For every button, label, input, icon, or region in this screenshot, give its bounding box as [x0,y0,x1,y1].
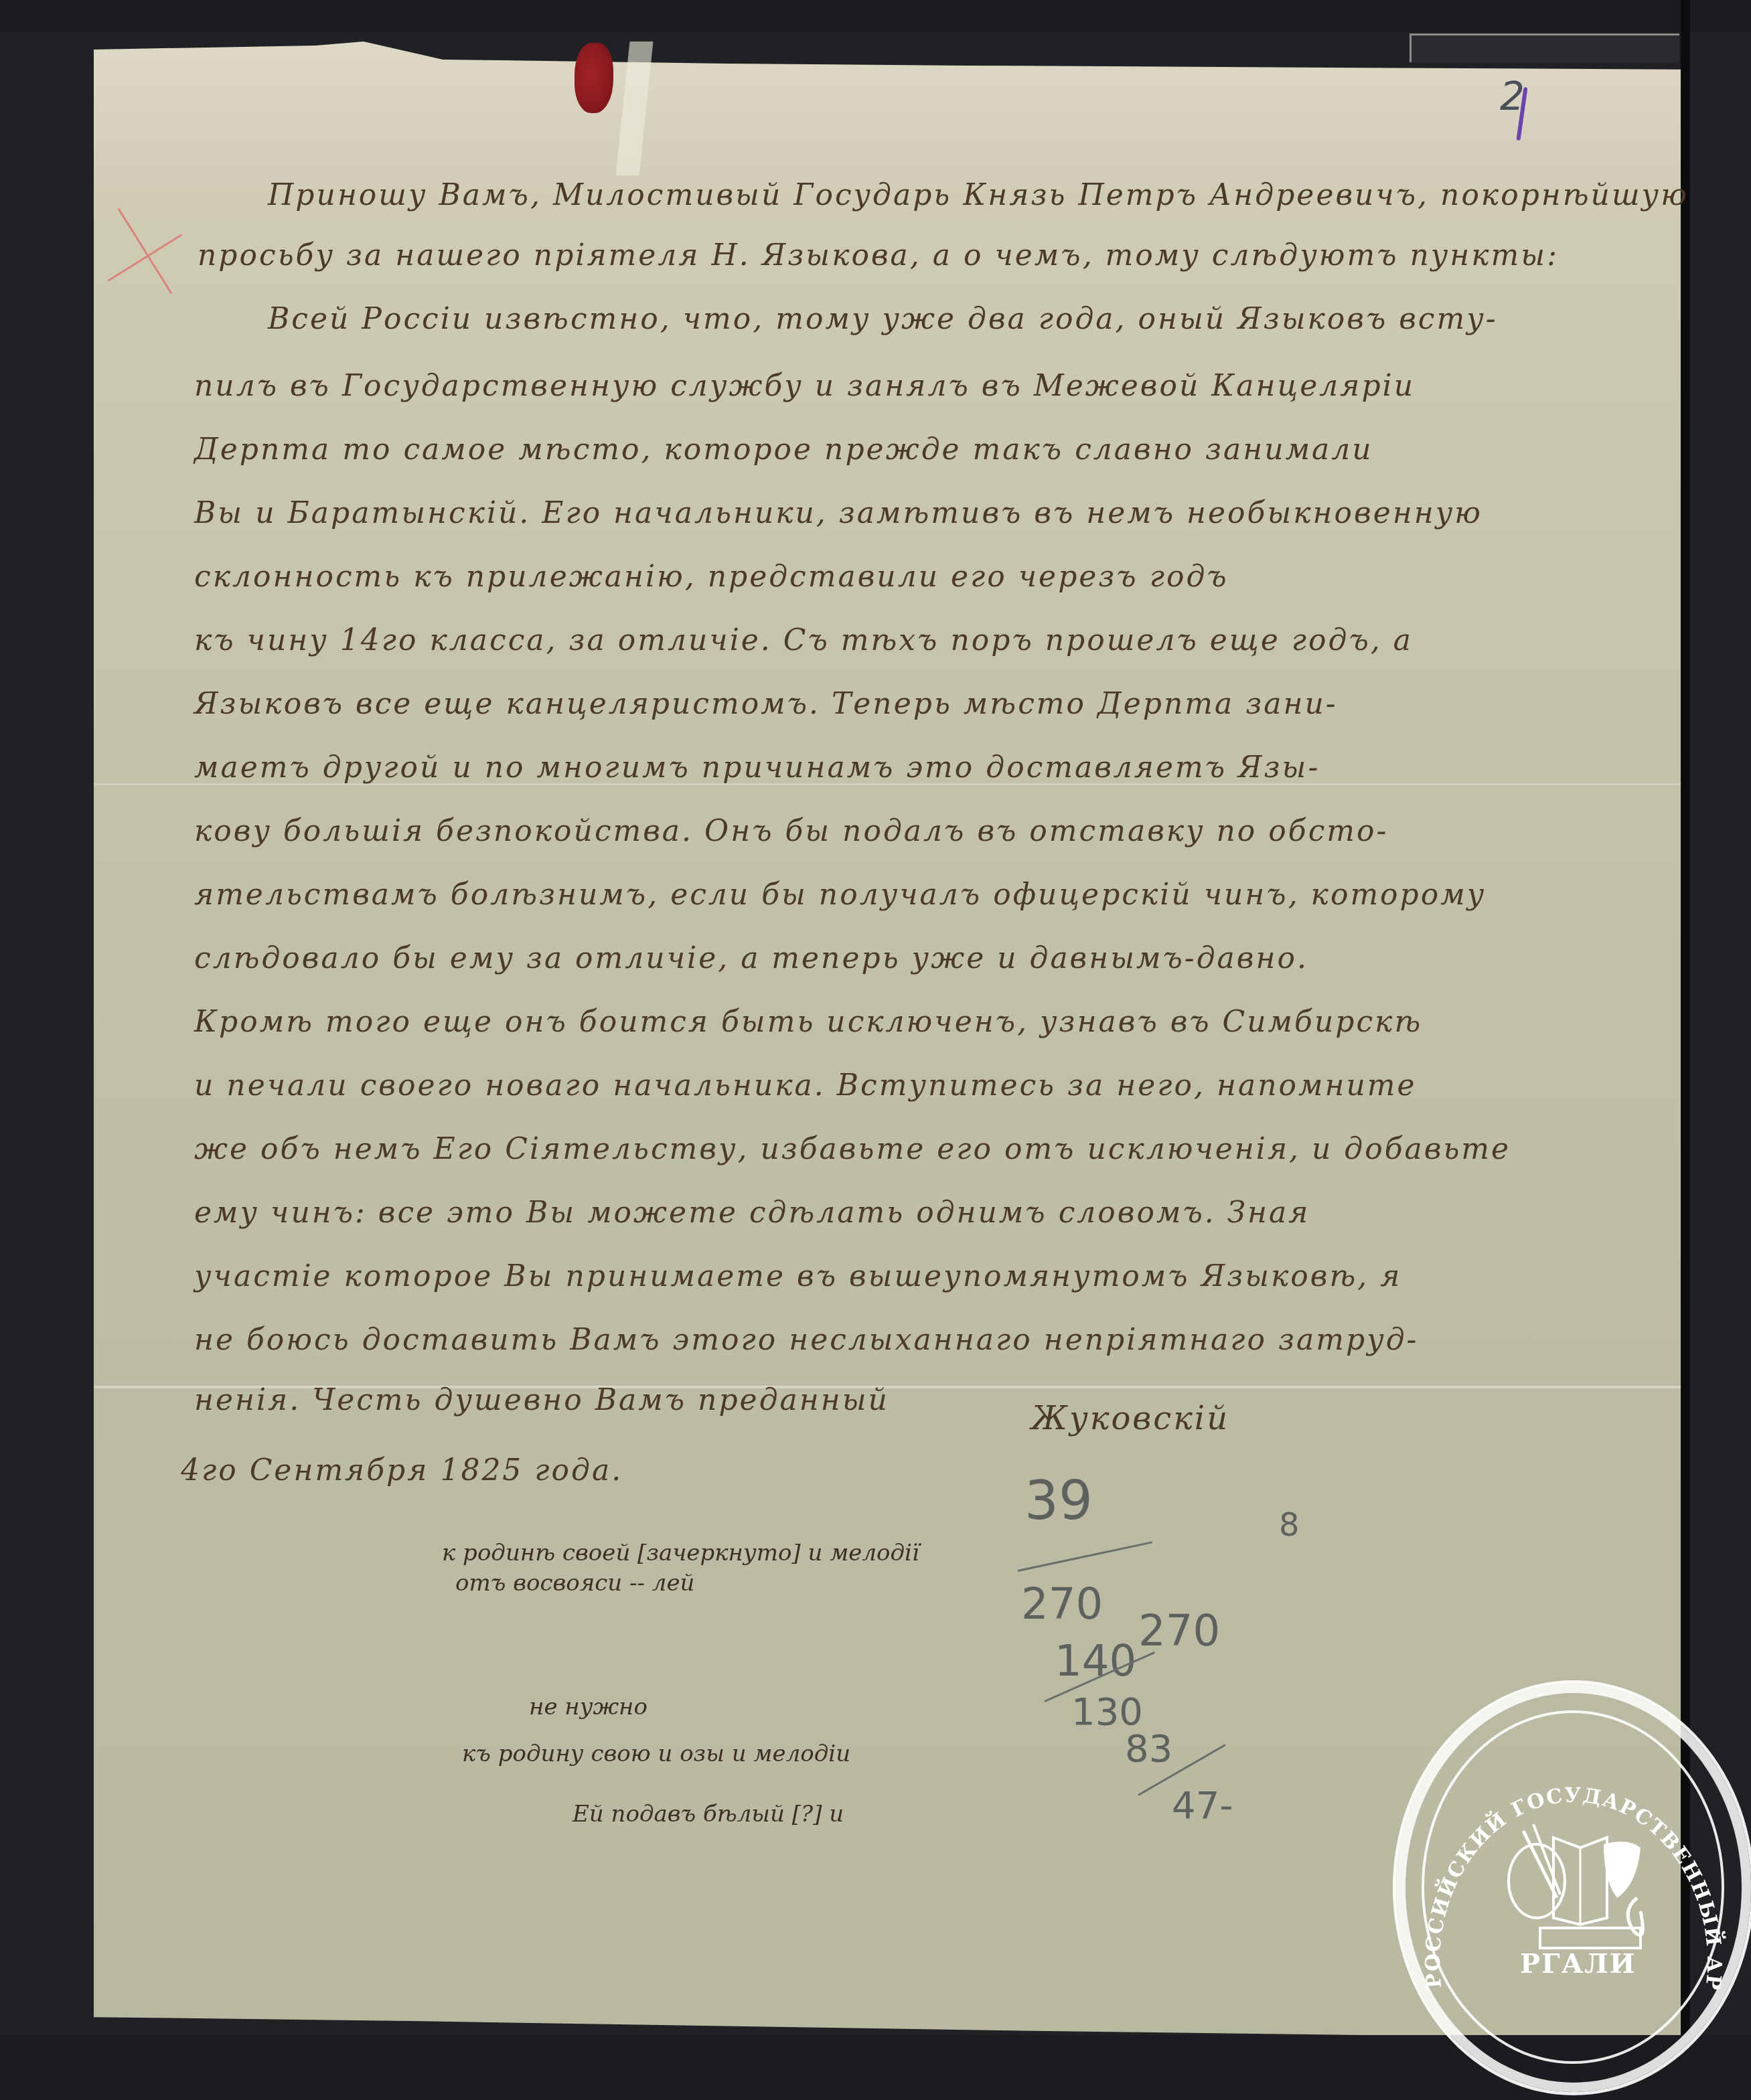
letter-line: къ чину 14го класса, за отличіе. Съ тѣхъ… [194,626,1413,655]
letter-line: же объ немъ Его Сіятельству, избавьте ег… [194,1135,1511,1164]
letter-line: ненія. Честь душевно Вамъ преданный [194,1386,889,1415]
draft-annotation: не нужно [529,1694,648,1720]
pencil-figure: 83 [1125,1727,1172,1771]
letter-line: склонность къ прилежанію, представили ег… [194,562,1229,592]
letter-line: слѣдовало бы ему за отличіе, а теперь уж… [194,944,1308,973]
pencil-figure: 47- [1172,1784,1233,1828]
stamp-emblem-icon [1503,1818,1657,1951]
draft-annotation: Ей подавъ бѣлый [?] и [573,1801,844,1828]
draft-annotation: к родинѣ своей [зачеркнуто] и мелодії [442,1540,919,1566]
letter-line: кову большія безпокойства. Онъ бы подалъ… [194,817,1388,846]
stamp-abbreviation: РГАЛИ [1520,1948,1636,1980]
draft-annotation: отъ восвояси -- лей [455,1570,694,1597]
letter-line: участіе которое Вы принимаете въ вышеупо… [194,1262,1401,1291]
letter-line: не боюсь доставить Вамъ этого неслыханна… [194,1325,1418,1355]
pencil-figure: 270 [1138,1607,1220,1656]
letter-line: маетъ другой и по многимъ причинамъ это … [194,753,1320,783]
pencil-figure: 8 [1279,1506,1300,1544]
scanner-mount-top [0,0,1751,32]
letter-line: ему чинъ: все это Вы можете сдѣлать одни… [194,1198,1310,1228]
signature: Жуковскій [1031,1402,1229,1435]
letter-line: и печали своего новаго начальника. Вступ… [194,1071,1417,1101]
archive-stamp: РОССИЙСКИЙ ГОСУДАРСТВЕННЫЙ АРХИВ ЛИТЕРАТ… [1393,1680,1751,2095]
pencil-figure: 39 [1024,1469,1093,1532]
letter-line: Всей Россіи извѣстно, что, тому уже два … [268,305,1498,334]
letter-line: Дерпта то самое мѣсто, которое прежде та… [194,435,1373,465]
letter-line: ятельствамъ болѣзнимъ, если бы получалъ … [194,880,1486,910]
letter-line: Языковъ все еще канцеляристомъ. Теперь м… [194,690,1338,719]
letter-line: Кромѣ того еще онъ боится быть исключенъ… [194,1007,1422,1037]
scanner-mount-tab [1410,33,1679,62]
letter-date: 4го Сентября 1825 года. [181,1456,623,1485]
draft-annotation: къ родину свою и озы и мелодіи [462,1741,850,1767]
pencil-figure: 270 [1021,1580,1103,1629]
letter-line: просьбу за нашего пріятеля Н. Языкова, а… [198,241,1559,270]
letter-line: Вы и Баратынскій. Его начальники, замѣти… [194,499,1482,528]
red-pencil-cross-icon [104,201,184,301]
letter-line: пилъ въ Государственную службу и занялъ … [194,372,1415,401]
letter-line: Приношу Вамъ, Милостивый Государь Князь … [268,181,1689,210]
wax-seal-icon [575,43,613,113]
